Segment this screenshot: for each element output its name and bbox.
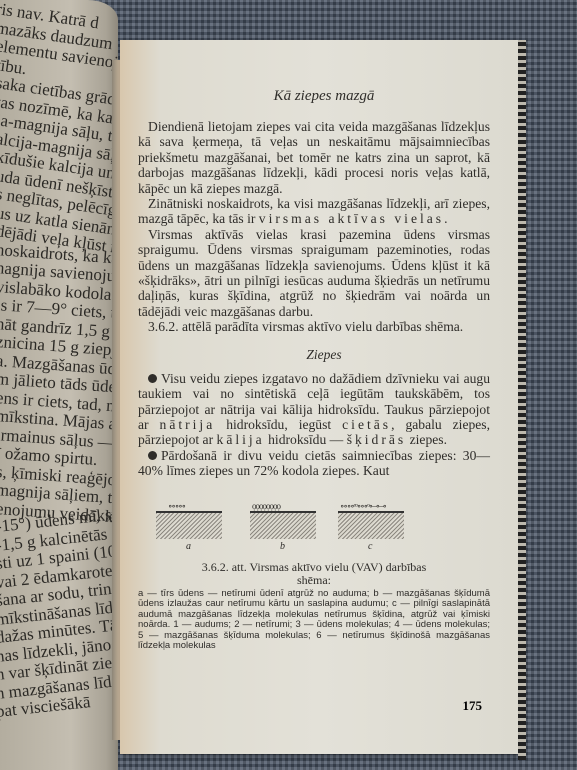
diagram-panel-c — [338, 511, 404, 539]
page-number: 175 — [463, 698, 483, 714]
figure-caption: 3.6.2. att. Virsmas aktīvo vielu (VAV) d… — [138, 561, 490, 587]
spaced-term: virsmas aktīvas vielas — [259, 211, 444, 226]
diagram-panel-b — [250, 511, 316, 539]
spaced-term: kālija — [217, 432, 265, 447]
page-content: Kā ziepes mazgā Diendienā lietojam ziepe… — [138, 88, 490, 652]
section-title: Kā ziepes mazgā — [158, 88, 490, 105]
b1-text: ziepes. — [410, 432, 447, 447]
diagram-panel-a — [156, 511, 222, 539]
b2-text: Pārdošanā ir divu veidu cietās saimniecī… — [138, 448, 490, 478]
left-page: ris nav. Katrā dmazāks daudzumelementu s… — [0, 0, 118, 770]
paragraph-4: 3.6.2. attēlā parādīta virsmas aktīvo vi… — [138, 319, 490, 334]
right-page: Kā ziepes mazgā Diendienā lietojam ziepe… — [120, 40, 520, 754]
spaced-term: cietās — [342, 417, 391, 432]
bullet-icon — [148, 374, 157, 383]
bullet-paragraph-2: Pārdošanā ir divu veidu cietās saimniecī… — [138, 448, 490, 479]
caption-line-2: shēma: — [138, 574, 490, 587]
spaced-term: nātrija — [160, 417, 216, 432]
caption-line-1: 3.6.2. att. Virsmas aktīvo vielu (VAV) d… — [138, 561, 490, 574]
panel-label-a: a — [186, 541, 191, 552]
bullet-paragraph-1: Visu veidu ziepes izgatavo no dažādiem d… — [138, 371, 490, 448]
subsection-title: Ziepes — [158, 347, 490, 363]
page-edge — [518, 40, 526, 760]
figure-legend: a — tīrs ūdens — netīrumi ūdenī atgrūž n… — [138, 589, 490, 652]
wash-molecules-icon: ọọọọọọọọ — [252, 501, 280, 511]
paragraph-2: Zinātniski noskaidrots, ka visi mazgāšan… — [138, 196, 490, 227]
paragraph-1: Diendienā lietojam ziepes vai cita veida… — [138, 119, 490, 196]
b1-text: hidroksīdu, iegūst — [226, 417, 331, 432]
p2-end: . — [444, 211, 447, 226]
spaced-term: šķidrās — [347, 432, 407, 447]
bullet-icon — [148, 451, 157, 460]
left-page-text: ris nav. Katrā dmazāks daudzumelementu s… — [0, 0, 118, 722]
vav-diagram: ∘∘∘∘∘ a ọọọọọọọọ b ∘∘∘∘ᵒᵒ∘∘∘ᵒ∘–∘–∘ c — [138, 489, 490, 559]
b1-text: hidroksīdu — — [268, 432, 343, 447]
dirt-dissolving-molecules-icon: ∘∘∘∘ᵒᵒ∘∘∘ᵒ∘–∘–∘ — [340, 501, 386, 512]
paragraph-3: Virsmas aktīvās vielas krasi pazemina ūd… — [138, 227, 490, 319]
panel-label-b: b — [280, 541, 285, 552]
water-molecules-icon: ∘∘∘∘∘ — [168, 501, 185, 512]
panel-label-c: c — [368, 541, 372, 552]
